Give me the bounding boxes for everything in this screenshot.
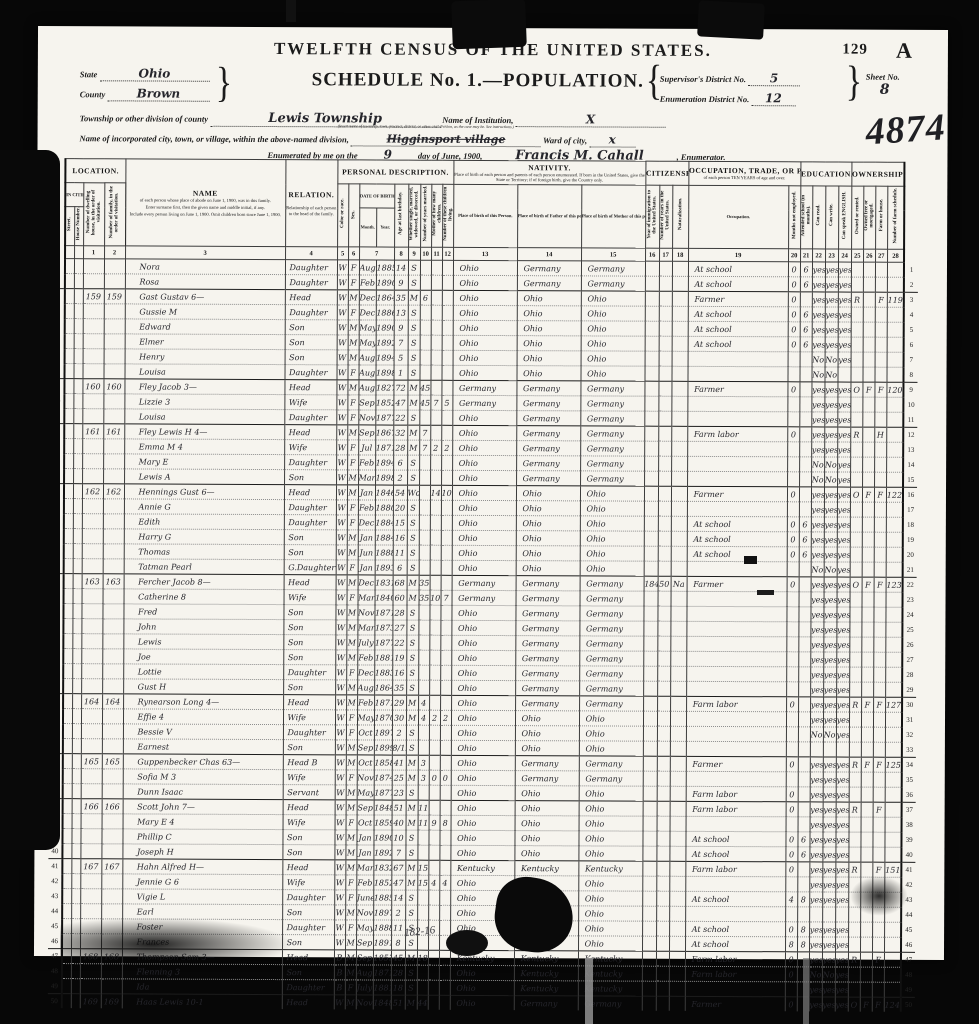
col-birthplace-person: Ohio: [453, 335, 517, 350]
col-attended-school: 8: [797, 937, 809, 952]
col-months-not-employed: [787, 592, 799, 607]
col-birthplace-person: Ohio: [451, 650, 515, 665]
col-dwelling-number: [81, 814, 102, 829]
col-birth-month: Jan: [358, 485, 375, 500]
col-sex: M: [346, 740, 357, 755]
col-years-in-us: [658, 591, 671, 606]
col-years-in-us: [657, 651, 670, 666]
col-birthplace-father: Kentucky: [514, 861, 578, 876]
col-birthplace-father: Germany: [514, 996, 578, 1011]
col-occupation: At school: [685, 937, 785, 952]
col-family-number: [103, 364, 124, 379]
line-number-right: 45: [901, 922, 915, 937]
col-can-read: yes: [810, 712, 823, 727]
col-house-number: [74, 319, 83, 334]
col-farm-or-house: F: [872, 997, 884, 1012]
col-owned-or-rented: [850, 412, 862, 427]
col-children-living: [441, 410, 452, 425]
col-naturalization: [669, 876, 685, 891]
col-farm-or-house: [874, 442, 886, 457]
col-sex: F: [347, 455, 358, 470]
col-farm-schedule-no: [884, 937, 901, 952]
col-owned-or-rented: [849, 712, 861, 727]
col-occupation-header: Occupation.: [688, 185, 788, 249]
col-naturalization: [670, 801, 686, 816]
col-birth-month: Jan: [358, 560, 375, 575]
col-birth-month: July: [357, 635, 374, 650]
col-birth-person-header: Place of birth of this Person.: [453, 184, 517, 247]
col-can-write: No: [825, 367, 838, 382]
col-occupation: [688, 352, 788, 367]
name-subtitle-2: Enter surname first, then the given name…: [126, 204, 285, 210]
col-years-married: 15: [417, 860, 428, 875]
col-house-number: [72, 679, 81, 694]
col-birthplace-person: Ohio: [450, 935, 514, 950]
col-can-speak-english: [838, 367, 851, 382]
col-dwelling-number: [83, 349, 104, 364]
col-immigration-year: [644, 531, 658, 546]
col-years-married: 35: [419, 575, 430, 590]
col-street: [63, 709, 72, 724]
col-house-number: [72, 664, 81, 679]
col-farm-or-house: [875, 307, 887, 322]
col-relation: Daughter: [285, 260, 337, 275]
col-can-read: yes: [811, 487, 824, 502]
col-birthplace-person: Ohio: [451, 710, 515, 725]
col-children-living: [439, 995, 450, 1010]
col-birth-month: Oct: [357, 755, 374, 770]
line-number-left: 41: [48, 859, 62, 874]
col-can-read: yes: [810, 772, 823, 787]
col-family-number: 167: [101, 859, 122, 874]
col-house-number: [71, 859, 80, 874]
col-name: Thompson Sam 3—: [122, 949, 282, 965]
col-birth-month: Nov: [356, 995, 373, 1010]
col-months-not-employed: [786, 637, 798, 652]
col-family-number: 166: [102, 799, 123, 814]
col-dwelling-number: [82, 454, 103, 469]
col-birthplace-mother: Germany: [579, 696, 643, 711]
col-color: W: [334, 860, 345, 875]
col-can-write: yes: [825, 322, 838, 337]
col-color: W: [334, 995, 345, 1010]
col-birthplace-person: Ohio: [450, 875, 514, 890]
col-age: 15: [393, 515, 407, 530]
line-number-left: 13: [50, 439, 64, 454]
col-marital-status: M: [406, 755, 418, 770]
col-owned-or-rented: R: [851, 292, 863, 307]
col-years-in-us: [657, 636, 670, 651]
col-age: 32: [393, 425, 407, 440]
col-attended-school: 6: [800, 262, 812, 277]
col-years-married: [419, 530, 430, 545]
col-immigration-year: [643, 771, 657, 786]
col-naturalization: [670, 681, 686, 696]
col-birth-year: 1880: [375, 500, 393, 515]
col-can-read: yes: [809, 922, 822, 937]
col-attended-school: [798, 757, 810, 772]
col-relation: Son: [282, 905, 334, 920]
col-attended-school: [798, 802, 810, 817]
col-mother-of-children: [430, 425, 441, 440]
col-color: W: [335, 785, 346, 800]
col-street: [64, 544, 73, 559]
col-immigration-year: [642, 951, 656, 966]
col-children-living: 2: [440, 710, 451, 725]
col-years-in-us: [657, 831, 670, 846]
col-age-header: Age at last birthday.: [394, 184, 408, 247]
col-color: W: [336, 575, 347, 590]
col-occupation: At school: [688, 307, 788, 322]
col-naturalization: [670, 741, 686, 756]
col-occupation: [685, 982, 785, 997]
col-free-or-mortgaged: [862, 427, 874, 442]
col-street: [62, 994, 71, 1009]
col-children-living: [442, 305, 453, 320]
col-years-married: [420, 305, 431, 320]
col-marital-status: M: [407, 380, 419, 395]
col-immigration-year: [644, 441, 658, 456]
col-attended-school: [798, 667, 810, 682]
col-birth-month: Aug: [359, 365, 376, 380]
col-family-number: 169: [101, 994, 122, 1009]
col-free-or-mortgaged: [861, 817, 873, 832]
col-years-in-us: [658, 471, 671, 486]
col-attended-school: [798, 772, 810, 787]
col-house-number: [71, 994, 80, 1009]
col-owned-or-rented: [849, 667, 861, 682]
form-title: TWELFTH CENSUS OF THE UNITED STATES.: [38, 38, 948, 62]
col-birthplace-person: Ohio: [452, 515, 516, 530]
col-birthplace-mother: Ohio: [581, 336, 645, 351]
col-birth-month: Nov: [357, 770, 374, 785]
col-attended-school: [797, 997, 809, 1012]
col-farm-or-house: [872, 937, 884, 952]
col-birthplace-father: Germany: [516, 411, 580, 426]
col-years-married: [420, 365, 431, 380]
col-naturalization: [671, 591, 687, 606]
col-birthplace-mother: Germany: [580, 591, 644, 606]
col-birthplace-person: Ohio: [451, 770, 515, 785]
col-farm-or-house: [875, 322, 887, 337]
line-number-right: 31: [902, 712, 916, 727]
col-color: B: [334, 950, 345, 965]
col-immigration-year: [643, 786, 657, 801]
col-dwelling-number: [81, 739, 102, 754]
col-street: [65, 334, 74, 349]
col-family-number: 165: [102, 754, 123, 769]
col-naturalization: [671, 456, 687, 471]
line-number-left: 35: [49, 769, 63, 784]
col-relation: Daughter: [282, 920, 334, 935]
col-age: 8: [391, 935, 405, 950]
col-children-living: [440, 680, 451, 695]
col-marital-status: S: [406, 620, 418, 635]
col-name: Haas Lewis 10-1: [122, 994, 282, 1009]
col-children-living: [440, 755, 451, 770]
col-birthplace-person: Ohio: [451, 740, 515, 755]
col-can-read: yes: [810, 757, 823, 772]
line-number-left: 25: [49, 619, 63, 634]
col-sex: M: [347, 380, 358, 395]
col-can-write: yes: [824, 517, 837, 532]
col-months-not-employed: 0: [788, 307, 800, 322]
col-naturalization: [670, 771, 686, 786]
col-can-read: yes: [809, 862, 822, 877]
line-number-right: 4: [904, 307, 918, 322]
col-farm-schedule-no: 123: [886, 577, 903, 592]
col-farm-schedule-no: [884, 922, 901, 937]
sheet-no-field: Sheet No. 8: [866, 72, 900, 98]
col-can-read: yes: [809, 937, 822, 952]
col-age: 13: [394, 305, 408, 320]
col-can-read: yes: [811, 577, 824, 592]
col-years-married: 3: [418, 755, 429, 770]
col-age: 22: [392, 635, 406, 650]
col-can-speak-english: yes: [837, 607, 850, 622]
col-farm-or-house: [874, 517, 886, 532]
line-number-left: 15: [50, 469, 64, 484]
col-marital-status: S: [406, 665, 418, 680]
col-mother-of-children: [431, 305, 442, 320]
col-attended-school: 6: [800, 277, 812, 292]
col-months-not-employed: [785, 877, 797, 892]
col-owned-or-rented: [849, 817, 861, 832]
line-number-left: 17: [50, 499, 64, 514]
line-number-right: 32: [902, 727, 916, 742]
col-months-not-employed: [788, 352, 800, 367]
col-can-write: yes: [823, 772, 836, 787]
col-owned-or-rented: [850, 607, 862, 622]
col-years-in-us: [657, 801, 670, 816]
col-attended-school: 6: [800, 322, 812, 337]
col-age: 72: [393, 380, 407, 395]
col-dwelling-number: [82, 469, 103, 484]
col-immigration-year: [644, 621, 658, 636]
col-months-not-employed: [787, 562, 799, 577]
col-age: 54: [393, 485, 407, 500]
col-years-in-us: [657, 741, 670, 756]
col-street: [65, 259, 74, 274]
col-birth-father-header: Place of birth of Father of this person.: [517, 185, 581, 248]
col-relation: Son: [285, 350, 337, 365]
col-name: Effie 4: [123, 709, 283, 725]
col-can-read: yes: [809, 892, 822, 907]
col-months-not-employed: 0: [785, 997, 797, 1012]
col-name: Hennings Gust 6—: [124, 484, 284, 500]
col-sex: M: [348, 290, 359, 305]
col-years-in-us: [657, 696, 670, 711]
col-children-living: [439, 860, 450, 875]
col-immigration-year: [643, 681, 657, 696]
col-can-speak-english: yes: [835, 997, 848, 1012]
col-farm-schedule-no: [885, 802, 902, 817]
col-years-in-us: [657, 756, 670, 771]
col-sex: F: [347, 410, 358, 425]
col-farm-or-house: F: [873, 757, 885, 772]
col-house-number: [73, 409, 82, 424]
col-age: 2: [392, 725, 406, 740]
col-name: Louisa: [124, 409, 284, 425]
col-naturalization: [670, 816, 686, 831]
col-house-number: [74, 274, 83, 289]
col-birthplace-person: Ohio: [451, 725, 515, 740]
col-color: W: [334, 935, 345, 950]
col-family-number: [101, 829, 122, 844]
col-color: W: [336, 440, 347, 455]
col-can-speak-english: yes: [838, 352, 851, 367]
col-birthplace-father: Ohio: [516, 561, 580, 576]
col-birth-year: 1859: [374, 815, 392, 830]
col-birthplace-person: Germany: [452, 575, 516, 590]
col-family-number: [102, 679, 123, 694]
col-street: [64, 454, 73, 469]
col-months-not-employed: 0: [787, 532, 799, 547]
col-owned-or-rented: [850, 472, 862, 487]
col-birthplace-person: Ohio: [452, 500, 516, 515]
col-mother-of-children: [430, 575, 441, 590]
col-family-number: [102, 619, 123, 634]
col-mother-of-children: [431, 275, 442, 290]
col-years-married: [420, 260, 431, 275]
col-birthplace-father: Germany: [515, 696, 579, 711]
col-name: Mary E 4: [123, 814, 283, 830]
col-birthplace-father: Ohio: [514, 906, 578, 921]
col-marital-status: S: [406, 785, 418, 800]
col-months-not-employed: [786, 682, 798, 697]
col-color: W: [335, 635, 346, 650]
col-immigration-year: [644, 516, 658, 531]
col-birthplace-father: Ohio: [516, 546, 580, 561]
col-birthplace-mother: Germany: [580, 411, 644, 426]
col-relation: Daughter: [283, 725, 335, 740]
col-family-number: [101, 919, 122, 934]
col-house-number: [73, 484, 82, 499]
col-free-or-mortgaged: [863, 262, 875, 277]
col-birthplace-person: Ohio: [452, 470, 516, 485]
col-birth-month: Jan: [358, 530, 375, 545]
col-relation: Head: [283, 800, 335, 815]
col-farm-schedule-no: [887, 262, 904, 277]
col-can-read: yes: [812, 262, 825, 277]
col-dwelling-number: [81, 664, 102, 679]
col-birth-year: 1877: [375, 410, 393, 425]
col-dwelling-number: [83, 259, 104, 274]
col-color: W: [335, 800, 346, 815]
col-mother-of-children: 0: [429, 770, 440, 785]
col-immigration-year: [645, 321, 659, 336]
line-number-left: 19: [50, 529, 64, 544]
col-birthplace-person: Ohio: [451, 815, 515, 830]
col-years-married: [418, 605, 429, 620]
col-immigration-year: [645, 291, 659, 306]
col-children-living: [440, 725, 451, 740]
col-immigration-year: [642, 921, 656, 936]
col-birth-month: Jan: [357, 830, 374, 845]
col-birthplace-person: Ohio: [453, 320, 517, 335]
col-farm-schedule-no: [885, 652, 902, 667]
col-free-or-mortgaged: [860, 952, 872, 967]
col-birthplace-person: Ohio: [452, 455, 516, 470]
col-family-number: 168: [101, 949, 122, 964]
col-birthplace-mother: Ohio: [579, 846, 643, 861]
col-mother-of-children: [428, 905, 439, 920]
col-farm-or-house: [873, 652, 885, 667]
col-naturalization: [670, 756, 686, 771]
col-can-read: yes: [811, 517, 824, 532]
col-marital-status: S: [407, 560, 419, 575]
col-farm-or-house: [873, 847, 885, 862]
line-number-left: 24: [49, 604, 63, 619]
col-immigration-year: [643, 636, 657, 651]
col-mother-of-children: [431, 290, 442, 305]
col-months-not-employed: 0: [788, 292, 800, 307]
col-naturalization: [669, 996, 685, 1011]
col-can-write: yes: [822, 862, 835, 877]
col-house-number: [73, 364, 82, 379]
line-number-left: 6: [51, 334, 65, 349]
group-citizenship: CITIZENSHIP.: [645, 161, 688, 185]
col-birthplace-father: Kentucky: [514, 951, 578, 966]
line-number-right: 50: [901, 997, 915, 1012]
col-can-write: yes: [824, 412, 837, 427]
col-free-or-mortgaged: F: [861, 697, 873, 712]
col-birthplace-person: Ohio: [451, 665, 515, 680]
col-can-read: No: [811, 472, 824, 487]
col-street: [64, 379, 73, 394]
col-age: 25: [392, 770, 406, 785]
col-color: W: [336, 410, 347, 425]
col-birth-year: 1892: [376, 335, 394, 350]
col-years-in-us: [657, 771, 670, 786]
col-birthplace-mother: Germany: [580, 576, 644, 591]
col-occupation: [686, 652, 786, 667]
col-attended-school: 6: [799, 532, 811, 547]
col-street: [64, 589, 73, 604]
col-color: W: [335, 725, 346, 740]
col-birth-month: Aug: [356, 965, 373, 980]
col-birthplace-father: Ohio: [516, 501, 580, 516]
col-children-living: [441, 425, 452, 440]
col-occupation: [687, 472, 787, 487]
col-occupation: Farmer: [688, 292, 788, 307]
col-birth-year: 1858: [374, 755, 392, 770]
col-house-header: House Number.: [74, 207, 83, 246]
col-house-number: [72, 739, 81, 754]
col-owned-or-rented: O: [851, 382, 863, 397]
col-children-living: [440, 785, 451, 800]
col-years-married: 18: [417, 950, 428, 965]
col-farm-or-house: [874, 607, 886, 622]
col-birth-month: June: [356, 890, 373, 905]
col-birthplace-father: Ohio: [514, 936, 578, 951]
col-mother-of-children: [429, 650, 440, 665]
city-value: Higginsport village: [351, 132, 541, 147]
col-owned-or-rented: [848, 967, 860, 982]
col-birth-year: 1831: [375, 575, 393, 590]
col-owned-or-rented: [848, 982, 860, 997]
col-can-speak-english: yes: [835, 877, 848, 892]
col-house-number: [73, 544, 82, 559]
col-months-not-employed: [786, 817, 798, 832]
col-birth-month: July: [356, 980, 373, 995]
col-marital-status: S: [406, 650, 418, 665]
col-dwelling-number: [82, 364, 103, 379]
col-immigration-header: Year of immigration to the United States…: [645, 185, 659, 248]
col-street: [62, 904, 71, 919]
col-dwelling-number: 160: [82, 379, 103, 394]
col-relation: Daughter: [284, 515, 336, 530]
